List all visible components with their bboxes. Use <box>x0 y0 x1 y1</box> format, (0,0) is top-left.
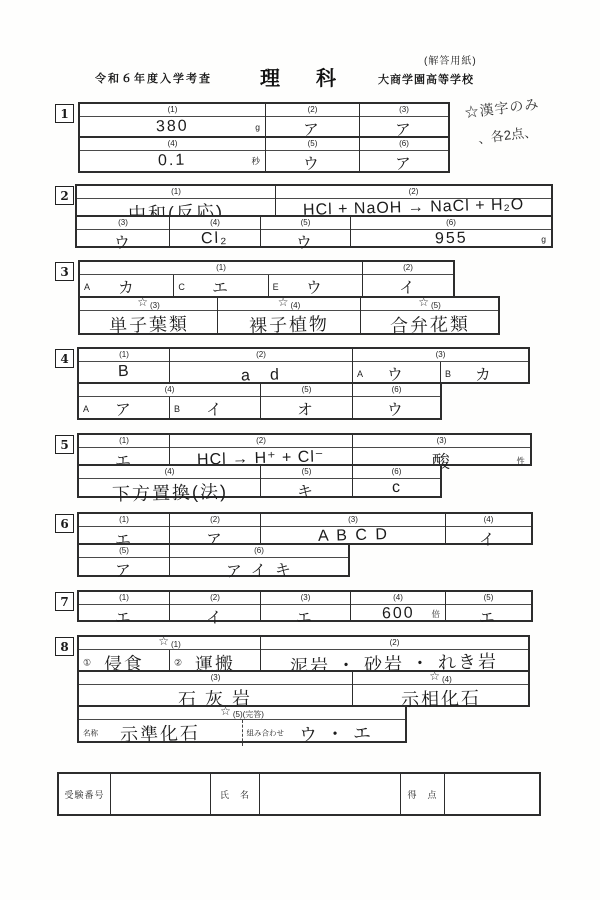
answer-cell-1-2: (2) ア <box>265 104 359 136</box>
answer-cell-1-4: (4) 0.1 秒 <box>80 138 265 171</box>
section-3-row-1: (1) Aカ Cエ Eウ (2) イ <box>78 260 455 298</box>
unit-label: g <box>541 234 546 244</box>
answer-cell-7-4: (4) 600 倍 <box>350 592 445 620</box>
question-label: (1) <box>79 592 169 605</box>
unit-label: 性 <box>516 455 525 467</box>
answer-cell-4-3: (3) Aウ Bカ <box>352 349 528 382</box>
star-mark: ☆ <box>158 634 169 648</box>
handwritten-answer: カ <box>117 275 136 298</box>
exam-year-line: 令和６年度入学考査 <box>95 70 212 86</box>
section-2-number: 2 <box>55 186 74 205</box>
question-label: ☆(4) <box>218 298 360 311</box>
answer-cell-4-6: (6) ウ <box>352 384 440 418</box>
subanswer-name: 名称示準化石 <box>79 720 242 746</box>
question-label: ☆(1) <box>79 637 260 650</box>
answer-cell-1-3: (3) ア <box>359 104 448 136</box>
handwritten-answer: 単子葉類 <box>108 310 189 338</box>
answer-cell-4-2: (2) a d <box>169 349 352 382</box>
question-label: (5) <box>266 138 359 151</box>
answer-cell-7-1: (1) エ <box>79 592 169 620</box>
answer-cell-2-6: (6) 955 g <box>350 217 551 246</box>
answer-cell-5-4: (4) 下方置換(法) <box>79 466 260 496</box>
answer-cell-8-4: ☆(4) 示相化石 <box>352 672 528 705</box>
answer-cell-8-5: ☆(5)(完答) 名称示準化石 組み合わせウ ・ エ <box>79 707 405 741</box>
answer-cell-3-2: (2) イ <box>362 262 453 296</box>
score-label-cell: 得 点 <box>400 774 444 814</box>
sub-label: A <box>84 282 90 292</box>
question-label: (1) <box>80 262 362 275</box>
sub-label: C <box>178 282 185 292</box>
sub-label: B <box>445 369 451 379</box>
answer-cell-5-6: (6) c <box>352 466 440 496</box>
answer-cell-1-6: (6) ア <box>359 138 448 171</box>
question-label: (1) <box>79 435 169 448</box>
handwritten-answer: イ <box>479 527 498 550</box>
question-label: (3) <box>261 592 350 605</box>
sub-label: ① <box>83 658 91 669</box>
answer-cell-8-2: (2) 泥岩 ・ 砂岩 ・ れき岩 <box>260 637 528 670</box>
section-6-row-1: (1) エ (2) ア (3) A B C D (4) イ <box>77 512 533 545</box>
question-label: (2) <box>266 104 359 117</box>
name-label-cell: 氏 名 <box>210 774 259 814</box>
section-3-row-2: ☆(3) 単子葉類 ☆(4) 裸子植物 ☆(5) 合弁花類 <box>78 296 500 335</box>
sub-label: E <box>273 282 279 292</box>
handwritten-answer: ウ <box>114 230 133 253</box>
answer-cell-2-3: (3) ウ <box>77 217 169 246</box>
answer-cell-6-5: (5) ア <box>79 545 169 575</box>
question-label: (5) <box>446 592 531 605</box>
subanswer-C: Cエ <box>173 275 267 298</box>
exam-number-field <box>110 774 210 814</box>
section-8-row-1: ☆(1) ①侵食 ②運搬 (2) 泥岩 ・ 砂岩 ・ れき岩 <box>77 635 530 672</box>
handwritten-answer: エ <box>212 275 231 298</box>
sub-label: 名称 <box>83 728 98 739</box>
section-6-number: 6 <box>55 514 74 533</box>
margin-note-line2: 、各2点、 <box>477 120 544 147</box>
subanswer-B: Bイ <box>169 397 260 420</box>
handwritten-answer: ア イ キ <box>225 557 292 582</box>
question-label: (3) <box>79 672 352 685</box>
question-label: (2) <box>170 592 260 605</box>
question-label: (4) <box>351 592 445 605</box>
unit-label: 秒 <box>251 155 260 167</box>
handwritten-answer: ウ <box>296 230 315 253</box>
star-mark: ☆ <box>278 295 289 309</box>
handwritten-answer: 示相化石 <box>400 684 481 712</box>
question-label: (1) <box>79 514 169 527</box>
handwritten-answer: 380 <box>156 117 189 136</box>
handwritten-answer: ア <box>115 397 134 420</box>
sub-label: ② <box>174 658 182 669</box>
answer-cell-3-5: ☆(5) 合弁花類 <box>360 298 498 333</box>
handwritten-answer: エ <box>479 605 498 628</box>
answer-cell-8-3: (3) 石 灰 岩 <box>79 672 352 705</box>
handwritten-answer: ア <box>395 151 414 174</box>
question-label: (6) <box>351 217 551 230</box>
school-name: 大商学園高等学校 <box>378 71 474 87</box>
answer-cell-2-5: (5) ウ <box>260 217 350 246</box>
handwritten-answer: ウ <box>306 275 325 298</box>
section-1-row-1: (1) 380 g (2) ア (3) ア <box>78 102 450 138</box>
question-label: (3) <box>360 104 448 117</box>
margin-note-line1: ☆漢字のみ <box>463 94 540 123</box>
question-label: (1) <box>80 104 265 117</box>
name-field <box>259 774 400 814</box>
answer-cell-3-1: (1) Aカ Cエ Eウ <box>80 262 362 296</box>
answer-sheet-page: (解答用紙) 令和６年度入学考査 理 科 大商学園高等学校 ☆漢字のみ 、各2点… <box>0 0 600 900</box>
page-title: 理 科 <box>260 62 344 91</box>
question-label: (4) <box>446 514 531 527</box>
question-label: (6) <box>353 466 440 479</box>
star-mark: ☆ <box>137 295 148 309</box>
question-label: (1) <box>77 186 275 199</box>
section-7-number: 7 <box>55 592 74 611</box>
handwritten-answer: 0.1 <box>158 152 187 171</box>
answer-cell-5-2: (2) HCl → H⁺ + Cl⁻ <box>169 435 352 464</box>
handwritten-answer: エ <box>296 605 315 628</box>
answer-cell-6-6: (6) ア イ キ <box>169 545 348 575</box>
handwritten-answer: ア <box>115 558 134 581</box>
handwritten-answer: ウ ・ エ <box>298 719 373 747</box>
answer-cell-3-3: ☆(3) 単子葉類 <box>80 298 217 333</box>
question-label: (5) <box>261 466 352 479</box>
question-label: (5) <box>79 545 169 558</box>
answer-cell-6-3: (3) A B C D <box>260 514 445 543</box>
question-label: (5) <box>261 217 350 230</box>
answer-cell-7-5: (5) エ <box>445 592 531 620</box>
section-8-number: 8 <box>55 637 74 656</box>
answer-cell-1-5: (5) ウ <box>265 138 359 171</box>
question-label: ☆(3) <box>80 298 217 311</box>
section-8-row-3: ☆(5)(完答) 名称示準化石 組み合わせウ ・ エ <box>77 705 407 743</box>
section-4-row-1: (1) B (2) a d (3) Aウ Bカ <box>77 347 530 384</box>
handwritten-answer: Cl₂ <box>201 230 229 249</box>
answer-cell-1-1: (1) 380 g <box>80 104 265 136</box>
handwritten-answer: エ <box>115 605 134 628</box>
exam-number-label-cell: 受験番号 <box>59 774 110 814</box>
footer-table: 受験番号 氏 名 得 点 <box>57 772 541 816</box>
answer-cell-3-4: ☆(4) 裸子植物 <box>217 298 360 333</box>
sub-label: A <box>357 369 363 379</box>
question-label: (5) <box>261 384 352 397</box>
handwritten-answer: 600 <box>381 605 414 624</box>
subanswer-B: Bカ <box>440 362 528 385</box>
question-label: (3) <box>353 349 528 362</box>
star-mark: ☆ <box>220 704 231 718</box>
question-label: (2) <box>170 435 352 448</box>
handwritten-answer: ウ <box>303 151 322 174</box>
subanswer-A: Aア <box>79 397 169 420</box>
question-label: (4) <box>80 138 265 151</box>
answer-cell-5-5: (5) キ <box>260 466 352 496</box>
handwritten-answer: 示準化石 <box>120 719 201 747</box>
answer-cell-6-4: (4) イ <box>445 514 531 543</box>
unit-label: 倍 <box>431 608 440 620</box>
answer-cell-8-1: ☆(1) ①侵食 ②運搬 <box>79 637 260 670</box>
section-6-row-2: (5) ア (6) ア イ キ <box>77 543 350 577</box>
handwritten-answer: c <box>391 479 401 497</box>
answer-cell-2-4: (4) Cl₂ <box>169 217 260 246</box>
score-field <box>444 774 539 814</box>
question-label: (6) <box>353 384 440 397</box>
answer-cell-2-1: (1) 中和(反応) <box>77 186 275 215</box>
section-5-row-2: (4) 下方置換(法) (5) キ (6) c <box>77 464 442 498</box>
question-label: (6) <box>360 138 448 151</box>
handwritten-answer: 下方置換(法) <box>111 477 228 506</box>
subanswer-A: Aカ <box>80 275 173 298</box>
answer-cell-4-4: (4) Aア Bイ <box>79 384 260 418</box>
question-label: ☆(4) <box>353 672 528 685</box>
sub-label: B <box>174 404 180 414</box>
handwritten-answer: キ <box>297 479 316 502</box>
section-1-row-2: (4) 0.1 秒 (5) ウ (6) ア <box>78 136 450 173</box>
section-1-number: 1 <box>55 104 74 123</box>
answer-cell-5-1: (1) エ <box>79 435 169 464</box>
section-3-number: 3 <box>55 262 74 281</box>
handwritten-answer: B <box>117 363 130 381</box>
question-label: (2) <box>170 349 352 362</box>
handwritten-answer: ウ <box>387 397 406 420</box>
answer-cell-5-3: (3) 酸 性 <box>352 435 530 464</box>
question-label: ☆(5) <box>361 298 498 311</box>
answer-cell-7-3: (3) エ <box>260 592 350 620</box>
question-label: (4) <box>79 384 260 397</box>
section-4-number: 4 <box>55 349 74 368</box>
handwritten-answer: イ <box>206 605 225 628</box>
handwritten-answer: イ <box>399 275 418 298</box>
corner-note: (解答用紙) <box>424 52 477 67</box>
question-label: (3) <box>77 217 169 230</box>
section-2-row-2: (3) ウ (4) Cl₂ (5) ウ (6) 955 g <box>75 215 553 248</box>
answer-cell-2-2: (2) HCl + NaOH → NaCl + H₂O <box>275 186 551 215</box>
handwritten-margin-note: ☆漢字のみ 、各2点、 <box>463 94 543 149</box>
handwritten-answer: 合弁花類 <box>389 310 470 338</box>
star-mark: ☆ <box>429 669 440 683</box>
answer-cell-4-5: (5) オ <box>260 384 352 418</box>
question-label: ☆(5)(完答) <box>79 707 405 720</box>
question-label: (3) <box>261 514 445 527</box>
answer-cell-4-1: (1) B <box>79 349 169 382</box>
answer-cell-7-2: (2) イ <box>169 592 260 620</box>
question-label: (4) <box>79 466 260 479</box>
handwritten-answer: オ <box>297 397 316 420</box>
question-label: (1) <box>79 349 169 362</box>
answer-cell-6-1: (1) エ <box>79 514 169 543</box>
subanswer-combination: 組み合わせウ ・ エ <box>242 720 406 746</box>
handwritten-answer: イ <box>206 397 225 420</box>
section-8-row-2: (3) 石 灰 岩 ☆(4) 示相化石 <box>77 670 530 707</box>
handwritten-answer: 955 <box>434 230 467 249</box>
handwritten-answer: カ <box>475 362 494 385</box>
sub-label: A <box>83 404 89 414</box>
section-4-row-2: (4) Aア Bイ (5) オ (6) ウ <box>77 382 442 420</box>
handwritten-answer: 裸子植物 <box>249 310 330 338</box>
star-mark: ☆ <box>418 295 429 309</box>
section-7-row-1: (1) エ (2) イ (3) エ (4) 600 倍 (5) エ <box>77 590 533 622</box>
section-5-number: 5 <box>55 435 74 454</box>
question-label: (4) <box>170 217 260 230</box>
question-label: (2) <box>363 262 453 275</box>
answer-cell-6-2: (2) ア <box>169 514 260 543</box>
question-label: (2) <box>170 514 260 527</box>
section-5-row-1: (1) エ (2) HCl → H⁺ + Cl⁻ (3) 酸 性 <box>77 433 532 466</box>
question-label: (3) <box>353 435 530 448</box>
section-2-row-1: (1) 中和(反応) (2) HCl + NaOH → NaCl + H₂O <box>75 184 553 217</box>
question-label: (6) <box>170 545 348 558</box>
sub-label: 組み合わせ <box>247 728 285 739</box>
unit-label: g <box>255 122 260 132</box>
